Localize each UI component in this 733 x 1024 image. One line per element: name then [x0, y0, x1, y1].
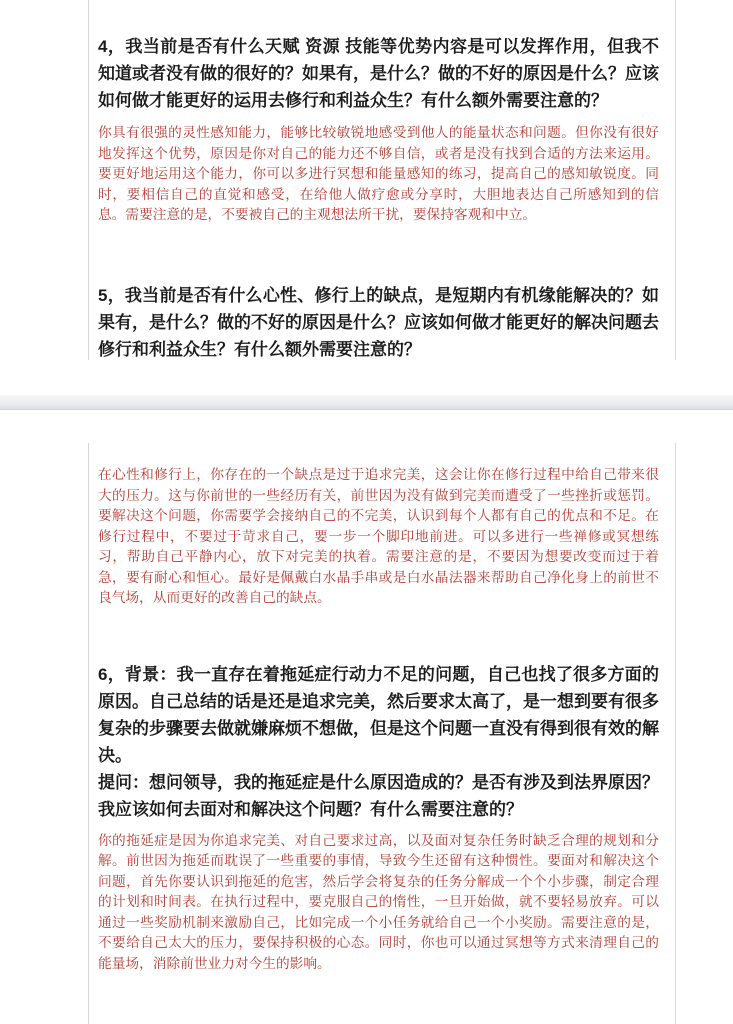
answer-6-text: 你的拖延症是因为你追求完美、对自己要求过高，以及面对复杂任务时缺乏合理的规划和分…: [98, 831, 659, 975]
page-separator-band: [0, 395, 733, 410]
answer-5-text: 在心性和修行上，你存在的一个缺点是过于追求完美，这会让你在修行过程中给自己带来很…: [98, 465, 659, 609]
question-6-background: 6，背景：我一直存在着拖延症行动力不足的问题，自己也找了很多方面的原因。自己总结…: [98, 661, 659, 769]
document-viewer[interactable]: 4，我当前是否有什么天赋 资源 技能等优势内容是可以发挥作用，但我不知道或者没有…: [0, 0, 733, 1024]
question-4-heading: 4，我当前是否有什么天赋 资源 技能等优势内容是可以发挥作用，但我不知道或者没有…: [98, 33, 659, 114]
page-1: 4，我当前是否有什么天赋 资源 技能等优势内容是可以发挥作用，但我不知道或者没有…: [88, 0, 676, 360]
question-5-heading: 5，我当前是否有什么心性、修行上的缺点，是短期内有机缘能解决的？如果有，是什么？…: [98, 282, 659, 363]
question-6-ask: 提问：想问领导，我的拖延症是什么原因造成的？是否有涉及到法界原因？我应该如何去面…: [98, 769, 659, 823]
page-2: 在心性和修行上，你存在的一个缺点是过于追求完美，这会让你在修行过程中给自己带来很…: [88, 443, 676, 1024]
answer-4-text: 你具有很强的灵性感知能力，能够比较敏锐地感受到他人的能量状态和问题。但你没有很好…: [98, 123, 659, 226]
